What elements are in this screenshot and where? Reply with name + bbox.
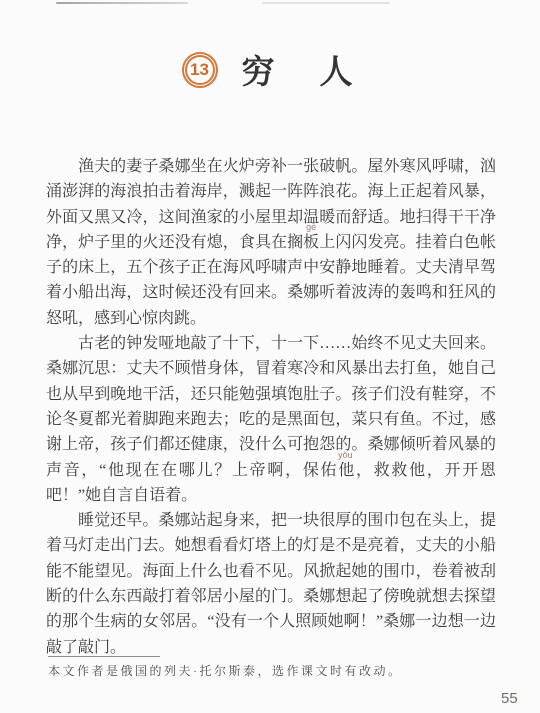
lesson-title: 穷 人 (242, 46, 359, 93)
page-number: 55 (501, 690, 518, 707)
footnote-text: 本文作者是俄国的列夫·托尔斯泰，选作课文时有改动。 (48, 662, 488, 679)
paragraph: 渔夫的妻子桑娜坐在火炉旁补一张破帆。屋外寒风呼啸，汹涌澎湃的海浪拍击着海岸，溅起… (46, 154, 496, 331)
lesson-header: 13 穷 人 (0, 46, 540, 93)
footnote-divider (48, 656, 160, 657)
textbook-page: 13 穷 人 渔夫的妻子桑娜坐在火炉旁补一张破帆。屋外寒风呼啸，汹涌澎湃的海浪拍… (0, 0, 540, 713)
pinyin-annotation: gē (274, 223, 316, 232)
page-edge-artifact-left (56, 2, 188, 4)
pinyin-annotated-char: 搁gē (287, 234, 303, 251)
lesson-text: 渔夫的妻子桑娜坐在火炉旁补一张破帆。屋外寒风呼啸，汹涌澎湃的海浪拍击着海岸，溅起… (46, 154, 496, 660)
lesson-number-badge: 13 (182, 52, 218, 88)
page-edge-artifact-right (262, 2, 390, 4)
paragraph: 古老的钟发哑地敲了十下，十一下……始终不见丈夫回来。桑娜沉思：丈夫不顾惜身体，冒… (46, 331, 496, 508)
paragraph: 睡觉还早。桑娜站起身来，把一块很厚的围巾包在头上，提着马灯走出门去。她想看看灯塔… (46, 508, 496, 660)
pinyin-annotated-char: 佑yǒu (321, 462, 339, 479)
pinyin-annotation: yǒu (306, 451, 353, 460)
